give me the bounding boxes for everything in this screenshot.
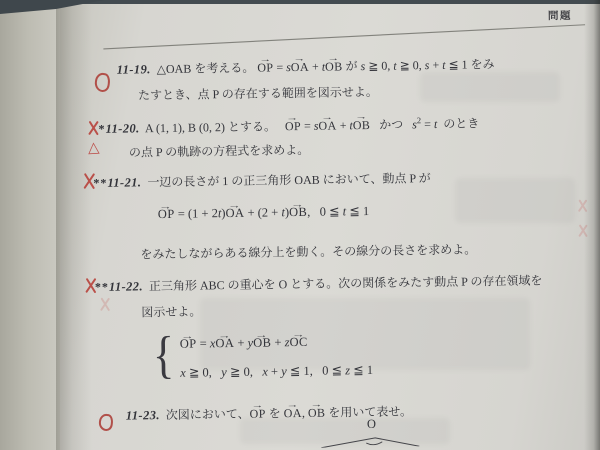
system-brace: { <box>152 326 174 385</box>
figure-vertex-label: O <box>367 417 376 432</box>
bleed-through-x-mark <box>97 298 110 312</box>
circle-mark-icon <box>98 413 114 432</box>
page-content: 問題 11-19. △OAB を考える。 OP = sOA + tOB が s … <box>0 0 600 450</box>
header-rule <box>103 25 585 49</box>
page-header: 問題 <box>548 8 572 23</box>
problem-11-20-line1: *11-20. A (1, 1), B (0, 2) とする。 OP = sOA… <box>98 114 479 137</box>
problem-11-19-line2: たすとき、点 P の存在する範囲を図示せよ。 <box>138 85 378 103</box>
problem-11-21-line3: をみたしながらある線分上を動く。その線分の長さを求めよ。 <box>140 242 476 261</box>
x-mark-icon <box>85 121 98 136</box>
circle-mark-icon <box>94 72 112 93</box>
problem-11-20-line2: の点 P の軌跡の方程式を求めよ。 <box>129 143 309 160</box>
problem-11-22-system-line2: x ≧ 0, y ≧ 0, x + y ≦ 1, 0 ≦ z ≦ 1 <box>180 363 373 381</box>
figure-triangle-apex <box>321 437 419 447</box>
problem-11-19-line1: 11-19. △OAB を考える。 OP = sOA + tOB が s ≧ 0… <box>117 57 495 78</box>
x-mark-icon <box>80 173 95 190</box>
problem-11-22-line2: 図示せよ。 <box>141 304 201 319</box>
problem-11-22-line1: **11-22. 正三角形 ABC の重心を O とする。次の関係をみたす動点 … <box>95 273 543 295</box>
x-mark-icon <box>83 278 97 294</box>
problem-11-22-system-line1: OP = xOA + yOB + zOC <box>180 335 308 352</box>
triangle-mark-icon: △ <box>87 138 99 157</box>
problem-11-21-line1: **11-21. 一辺の長さが 1 の正三角形 OAB において、動点 P が <box>93 171 431 191</box>
figure-angle-arc <box>366 442 382 445</box>
problem-11-21-formula: OP = (1 + 2t)OA + (2 + t)OB, 0 ≦ t ≦ 1 <box>158 204 370 222</box>
page-edge-shadow <box>584 0 600 450</box>
book-photo: 問題 11-19. △OAB を考える。 OP = sOA + tOB が s … <box>0 0 600 450</box>
